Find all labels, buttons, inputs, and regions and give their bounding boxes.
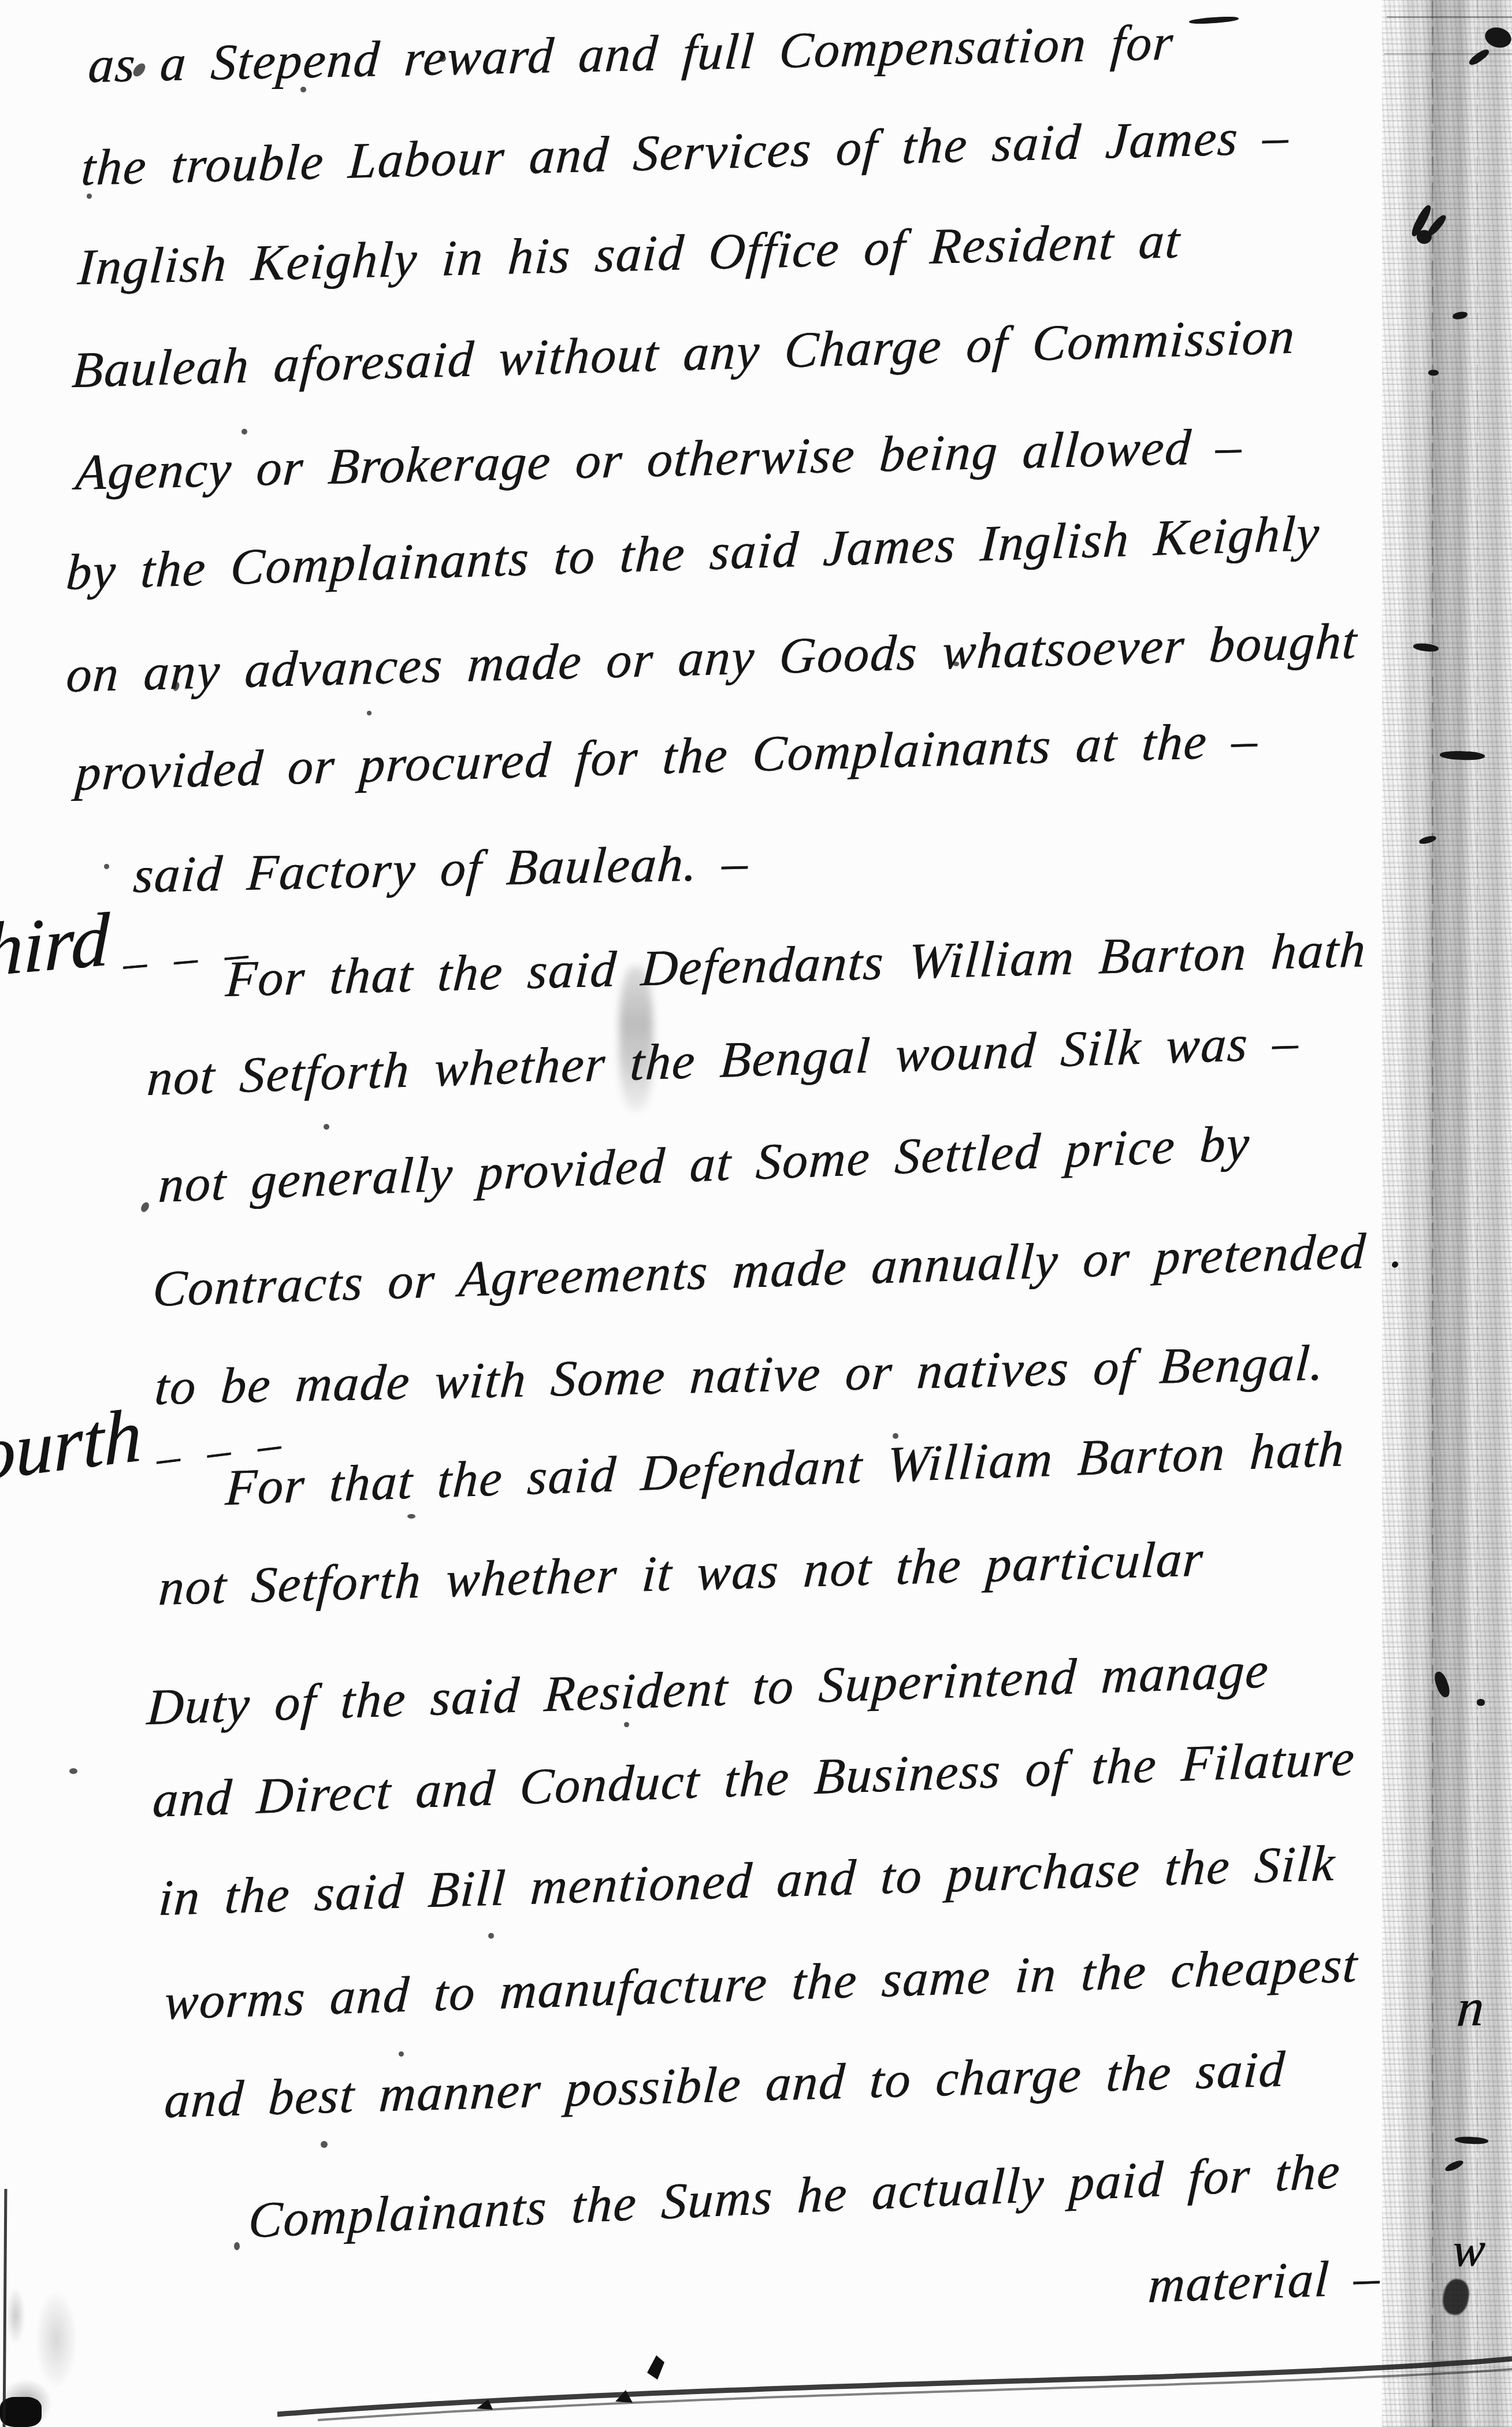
margin-note-word: Third <box>0 896 110 996</box>
margin-note-word: Fourth <box>0 1392 142 1503</box>
ink-speck <box>893 1433 898 1439</box>
ink-speck <box>367 711 372 715</box>
ink-speck <box>488 1933 494 1939</box>
manuscript-line: Duty of the said Resident to Superintend… <box>146 1645 1270 1734</box>
manuscript-line: Complainants the Sums he actually paid f… <box>247 2146 1342 2247</box>
gutter-overflow-text: w <box>1451 2225 1487 2275</box>
ink-speck <box>234 2242 240 2250</box>
manuscript-line: Contracts or Agreements made annually or… <box>151 1225 1406 1315</box>
manuscript-line: For that the said Defendant William Bart… <box>224 1424 1346 1514</box>
corner-blob <box>0 2397 42 2427</box>
manuscript-line: on any advances made or any Goods whatso… <box>65 616 1359 701</box>
manuscript-line: Agency or Brokerage or otherwise being a… <box>74 421 1244 499</box>
manuscript-line: as a Stepend reward and full Compensatio… <box>87 18 1175 91</box>
ink-speck <box>624 1722 629 1727</box>
manuscript-line: Inglish Keighly in his said Office of Re… <box>76 216 1182 294</box>
ink-mark <box>1428 370 1439 376</box>
manuscript-line: worms and to manufacture the same in the… <box>163 1940 1359 2028</box>
ink-speck <box>242 429 247 435</box>
ink-speck <box>139 1201 150 1213</box>
page-bottom-edge <box>277 2346 1512 2427</box>
ink-speck <box>104 864 109 869</box>
ink-speck <box>399 2051 404 2057</box>
manuscript-line: to be made with Some native or natives o… <box>153 1338 1326 1413</box>
gutter-crease-line <box>1432 0 1433 2427</box>
gutter-crease-line <box>1477 0 1478 2427</box>
manuscript-line: and best manner possible and to charge t… <box>163 2044 1287 2127</box>
manuscript-line: Bauleah aforesaid without any Charge of … <box>70 311 1296 396</box>
manuscript-line: in the said Bill mentioned and to purcha… <box>157 1838 1337 1924</box>
ink-speck <box>321 2141 328 2148</box>
ink-speck <box>69 1768 77 1774</box>
ink-speck <box>87 194 92 199</box>
scratch-line <box>1387 16 1512 18</box>
manuscript-line: provided or procured for the Complainant… <box>74 715 1260 799</box>
manuscript-line: not generally provided at Some Settled p… <box>157 1118 1251 1211</box>
manuscript-line: not Setforth whether the Bengal wound Si… <box>146 1017 1301 1104</box>
manuscript-line: For that the said Defendants William Bar… <box>224 925 1368 1005</box>
binding-gutter <box>1382 0 1512 2427</box>
manuscript-line: by the Complainants to the said James In… <box>65 509 1321 599</box>
ink-speck <box>324 1124 329 1130</box>
ink-speck <box>953 662 959 666</box>
ink-speck <box>439 55 446 62</box>
manuscript-page: as a Stepend reward and full Compensatio… <box>0 0 1512 2427</box>
ink-speck <box>300 87 306 92</box>
ink-speck <box>407 1514 415 1519</box>
margin-note-third: Third– – – <box>0 888 257 992</box>
manuscript-line: and Direct and Conduct the Business of t… <box>151 1733 1357 1826</box>
manuscript-line: the trouble Labour and Services of the s… <box>80 112 1291 194</box>
ink-mark <box>1417 230 1432 244</box>
ink-mark <box>1477 1699 1485 1706</box>
ink-speck <box>266 1780 272 1786</box>
manuscript-line: not Setforth whether it was not the part… <box>157 1534 1205 1614</box>
scratch-line <box>1384 53 1512 54</box>
manuscript-line: material – <box>1147 2252 1382 2311</box>
ink-mark <box>1189 16 1239 25</box>
gutter-overflow-text: n <box>1455 1980 1485 2035</box>
